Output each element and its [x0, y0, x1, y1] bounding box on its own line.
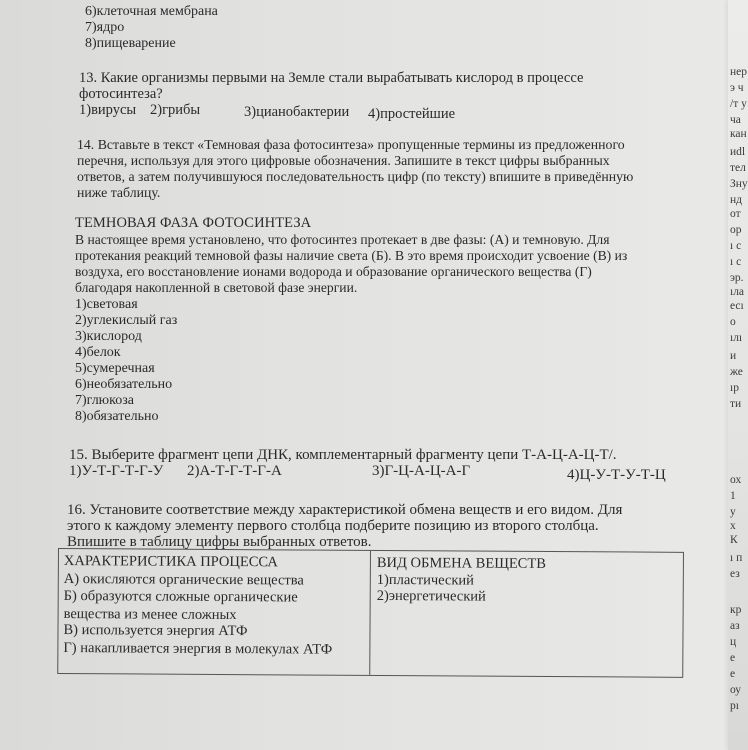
- text-paragraph-line: В настоящее время установлено, что фотос…: [75, 232, 609, 248]
- side-fragment: кан: [730, 128, 747, 140]
- side-fragment: нер: [730, 66, 747, 78]
- side-fragment: ıр: [730, 382, 739, 394]
- side-fragment: нд: [730, 194, 742, 206]
- characteristic-item: Б) образуются сложные органические: [64, 588, 298, 605]
- q15-option-3: 3)Г-Ц-А-Ц-А-Г: [372, 463, 470, 479]
- q13-question-cont: фотосинтеза?: [79, 86, 163, 102]
- term-item: 4)белок: [75, 345, 121, 361]
- side-fragment: тел: [730, 162, 746, 174]
- side-fragment: кр: [730, 604, 741, 616]
- term-item: 3)кислород: [75, 329, 142, 345]
- metabolism-type-item: 1)пластический: [377, 572, 474, 589]
- side-fragment: /т у: [730, 98, 747, 110]
- document-page: 6)клеточная мембрана 7)ядро 8)пищеварени…: [0, 0, 735, 750]
- side-fragment: от: [730, 208, 741, 220]
- q13-option-3: 3)цианобактерии: [244, 104, 349, 120]
- side-fragment: эр.: [730, 272, 744, 284]
- side-fragment: ıлı: [730, 332, 742, 344]
- term-item: 1)световая: [75, 297, 138, 313]
- q16-question-line: этого к каждому элементу первого столбца…: [67, 518, 599, 534]
- side-fragment: о: [730, 316, 736, 328]
- q13-option-2: 2)грибы: [150, 102, 200, 118]
- side-fragment: ез: [730, 568, 740, 580]
- q14-question-line: ответов, а затем получившуюся последоват…: [77, 169, 633, 185]
- term-item: 7)глюкоза: [75, 393, 134, 409]
- text-paragraph-line: воздуха, его восстановление ионами водор…: [75, 264, 592, 280]
- characteristic-item: В) используется энергия АТФ: [63, 622, 247, 639]
- term-item: 5)сумеречная: [75, 361, 155, 377]
- side-fragment: ох: [730, 474, 741, 486]
- metabolism-type-item: 2)энергетический: [377, 588, 486, 605]
- side-fragment: х: [730, 520, 736, 532]
- term-item: 2)углекислый газ: [75, 313, 177, 329]
- side-fragment: есı: [730, 300, 744, 312]
- side-fragment: ц: [730, 636, 736, 648]
- characteristic-item: вещества из менее сложных: [64, 606, 237, 623]
- side-fragment: ор: [730, 224, 742, 236]
- side-fragment: э ч: [730, 82, 744, 94]
- prev-list-item: 7)ядро: [85, 20, 124, 36]
- side-fragment: К: [730, 534, 738, 546]
- side-fragment: иdl: [730, 146, 745, 158]
- q14-question-line: 14. Вставьте в текст «Темновая фаза фото…: [77, 137, 625, 153]
- prev-list-item: 8)пищеварение: [85, 36, 176, 52]
- side-fragment: аз: [730, 620, 740, 632]
- prev-list-item: 6)клеточная мембрана: [85, 4, 218, 20]
- matching-table: ХАРАКТЕРИСТИКА ПРОЦЕССА А) окисляются ор…: [57, 548, 684, 678]
- q15-option-4: 4)Ц-У-Т-У-Т-Ц: [567, 467, 666, 483]
- text-paragraph-line: благодаря накопленной в световой фазе эн…: [75, 280, 357, 296]
- q16-question-line: 16. Установите соответствие между характ…: [67, 502, 622, 518]
- side-fragment: Зну: [730, 178, 748, 190]
- characteristic-item: А) окисляются органические вещества: [64, 571, 304, 588]
- table-column-divider: [369, 551, 371, 675]
- side-fragment: и: [730, 350, 736, 362]
- q15-option-1: 1)У-Т-Г-Т-Г-У: [69, 463, 163, 479]
- side-fragment: же: [730, 366, 743, 378]
- q13-question: 13. Какие организмы первыми на Земле ста…: [79, 70, 583, 86]
- side-fragment: оу: [730, 684, 741, 696]
- q14-question-line: перечня, используя для этого цифровые об…: [77, 153, 610, 169]
- left-column-header: ХАРАКТЕРИСТИКА ПРОЦЕССА: [64, 553, 278, 570]
- characteristic-item: Г) накапливается энергия в молекулах АТФ: [63, 640, 332, 658]
- q15-question: 15. Выберите фрагмент цепи ДНК, комплеме…: [69, 447, 617, 463]
- side-fragment: е: [730, 652, 735, 664]
- side-fragment: ча: [730, 114, 741, 126]
- side-fragment: ı п: [730, 552, 742, 564]
- side-fragment: у: [730, 506, 736, 518]
- text-paragraph-line: протекания реакций темновой фазы наличие…: [75, 248, 627, 264]
- q14-question-line: ниже таблицу.: [77, 185, 160, 201]
- side-fragment: ıла: [730, 286, 744, 298]
- side-fragment: ı с: [730, 256, 741, 268]
- side-fragment: ı с: [730, 240, 741, 252]
- q13-option-1: 1)вирусы: [79, 102, 136, 118]
- side-fragment: ти: [730, 398, 741, 410]
- adjacent-page-edge: нер э ч /т у ча кан иdl тел Зну нд от ор…: [728, 0, 748, 750]
- side-fragment: рı: [730, 700, 739, 712]
- side-fragment: 1: [730, 490, 736, 502]
- term-item: 6)необязательно: [75, 377, 172, 393]
- right-column-header: ВИД ОБМЕНА ВЕЩЕСТВ: [377, 555, 546, 572]
- side-fragment: е: [730, 668, 735, 680]
- term-item: 8)обязательно: [75, 409, 158, 425]
- q15-option-2: 2)А-Т-Г-Т-Г-А: [187, 463, 282, 479]
- text-title: ТЕМНОВАЯ ФАЗА ФОТОСИНТЕЗА: [75, 215, 311, 231]
- q13-option-4: 4)простейшие: [368, 106, 455, 122]
